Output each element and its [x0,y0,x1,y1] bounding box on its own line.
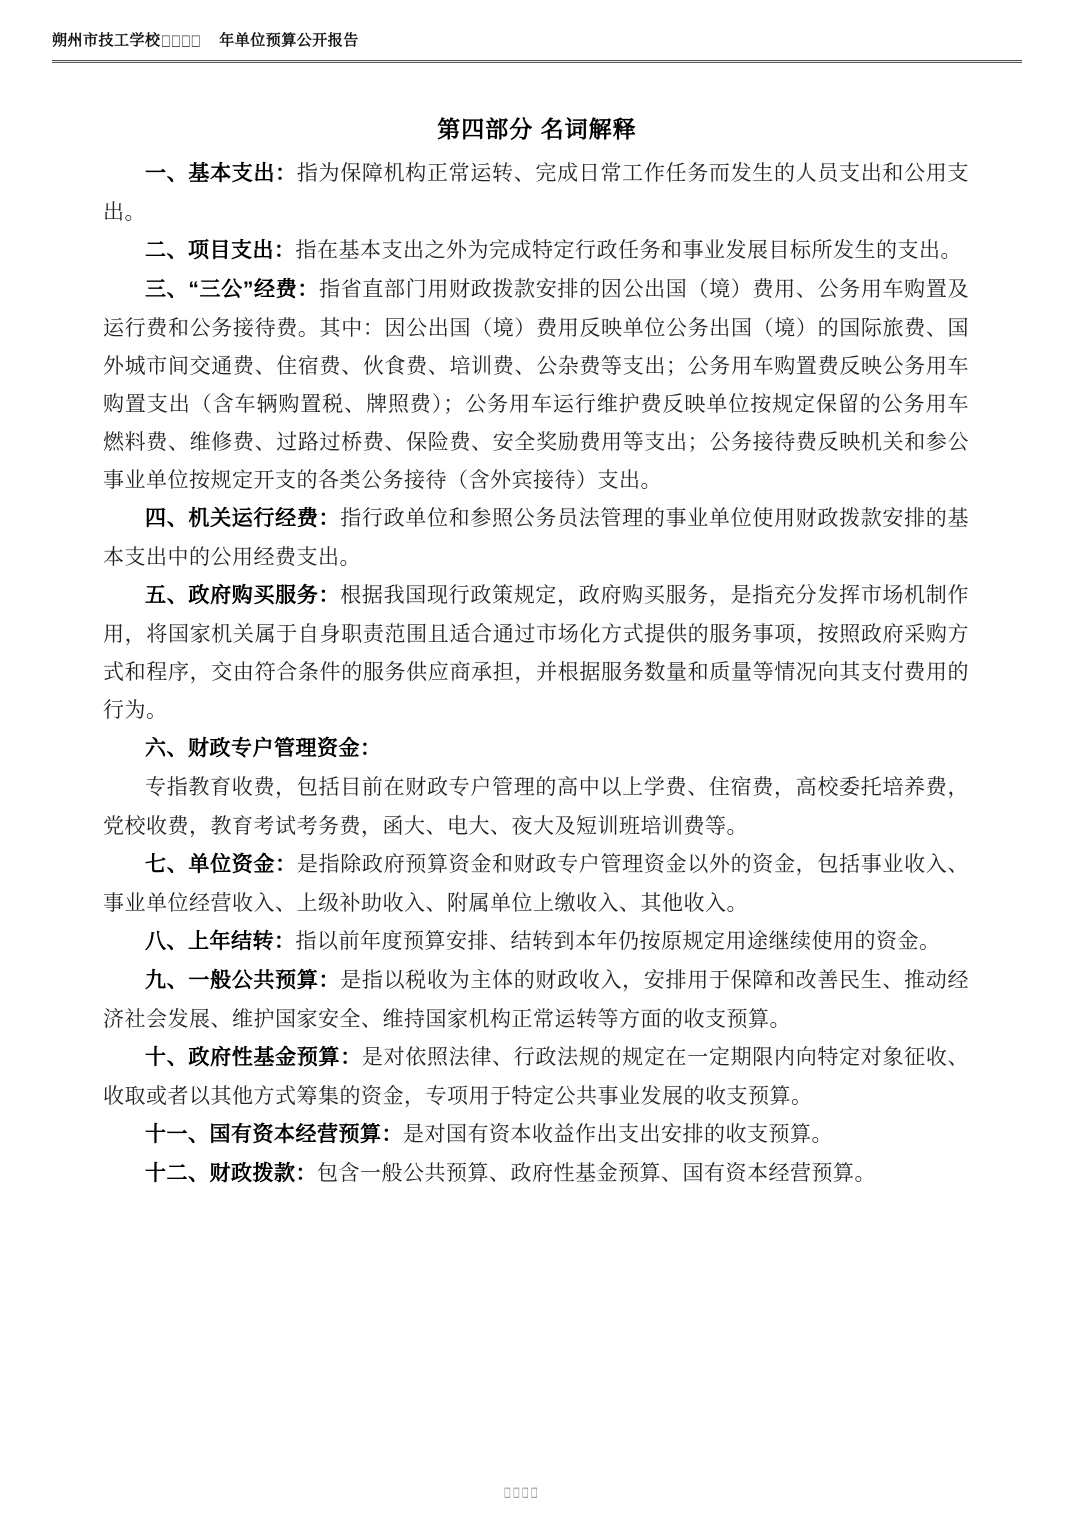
term-paragraph: 十一、国有资本经营预算：是对国有资本收益作出支出安排的收支预算。 [103,1115,969,1154]
terms-list: 一、基本支出：指为保障机构正常运转、完成日常工作任务而发生的人员支出和公用支出。… [103,154,969,1193]
term-paragraph: 六、财政专户管理资金： [103,729,969,768]
term-label: 十、政府性基金预算： [145,1046,362,1069]
term-text: 指省直部门用财政拨款安排的因公出国（境）费用、公务用车购置及运行费和公务接待费。… [103,277,969,492]
term-paragraph: 九、一般公共预算：是指以税收为主体的财政收入，安排用于保障和改善民生、推动经济社… [103,961,969,1038]
term-paragraph: 七、单位资金：是指除政府预算资金和财政专户管理资金以外的资金，包括事业收入、事业… [103,845,969,922]
term-text: 指在基本支出之外为完成特定行政任务和事业发展目标所发生的支出。 [296,238,963,262]
header-year-placeholder: □□□□ [161,31,201,49]
term-paragraph: 四、机关运行经费：指行政单位和参照公务员法管理的事业单位使用财政拨款安排的基本支… [103,499,969,576]
term-paragraph: 十二、财政拨款：包含一般公共预算、政府性基金预算、国有资本经营预算。 [103,1154,969,1193]
term-label: 五、政府购买服务： [145,584,340,607]
term-label: 一、基本支出： [145,162,297,185]
document-page: 朔州市技工学校□□□□年单位预算公开报告 第四部分 名词解释 一、基本支出：指为… [0,0,1074,1520]
term-label: 十一、国有资本经营预算： [145,1123,403,1146]
term-label: 三、“三公”经费： [145,278,319,301]
term-label: 六、财政专户管理资金： [145,737,382,760]
term-label: 八、上年结转： [145,930,296,953]
header-title-prefix: 朔州市技工学校 [52,32,161,49]
term-label: 二、项目支出： [145,239,296,262]
page-header: 朔州市技工学校□□□□年单位预算公开报告 [52,29,1022,50]
term-paragraph: 三、“三公”经费：指省直部门用财政拨款安排的因公出国（境）费用、公务用车购置及运… [103,270,969,499]
term-text: 指以前年度预算安排、结转到本年仍按原规定用途继续使用的资金。 [296,929,941,953]
term-paragraph: 十、政府性基金预算：是对依照法律、行政法规的规定在一定期限内向特定对象征收、收取… [103,1038,969,1115]
term-label: 九、一般公共预算： [145,969,340,992]
term-label: 四、机关运行经费： [145,507,340,530]
term-text: 包含一般公共预算、政府性基金预算、国有资本经营预算。 [317,1161,876,1185]
term-paragraph: 八、上年结转：指以前年度预算安排、结转到本年仍按原规定用途继续使用的资金。 [103,922,969,961]
term-paragraph: 一、基本支出：指为保障机构正常运转、完成日常工作任务而发生的人员支出和公用支出。 [103,154,969,231]
term-paragraph: 专指教育收费，包括目前在财政专户管理的高中以上学费、住宿费，高校委托培养费，党校… [103,768,969,845]
term-label: 七、单位资金： [145,853,297,876]
header-title-suffix: 年单位预算公开报告 [219,32,359,49]
term-text: 专指教育收费，包括目前在财政专户管理的高中以上学费、住宿费，高校委托培养费，党校… [103,775,969,838]
term-paragraph: 二、项目支出：指在基本支出之外为完成特定行政任务和事业发展目标所发生的支出。 [103,231,969,270]
term-label: 十二、财政拨款： [145,1162,317,1185]
header-divider [52,60,1022,63]
page-footer: □□□□ [0,1483,1074,1501]
section-title: 第四部分 名词解释 [0,111,1074,144]
term-paragraph: 五、政府购买服务：根据我国现行政策规定，政府购买服务，是指充分发挥市场机制作用，… [103,576,969,729]
term-text: 是对国有资本收益作出支出安排的收支预算。 [403,1122,833,1146]
footer-page-marker: □□□□ [504,1485,540,1500]
